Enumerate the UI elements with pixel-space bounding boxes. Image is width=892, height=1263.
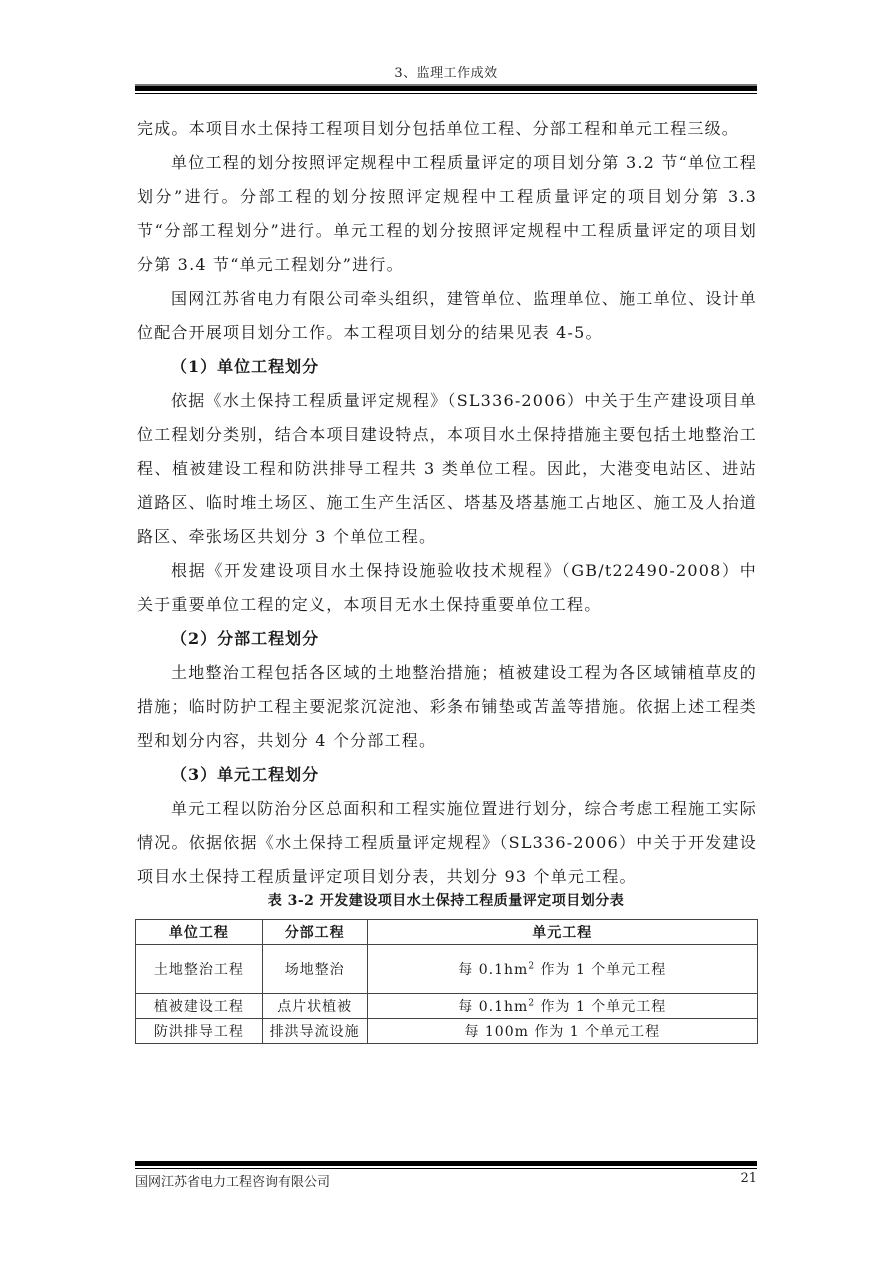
project-division-table: 单位工程 分部工程 单元工程 土地整治工程 场地整治 每 0.1hm2 作为 1… <box>135 919 758 1044</box>
footer-rule-thin <box>135 1168 757 1169</box>
element-text: 每 0.1hm <box>458 962 528 978</box>
cell-element: 每 100m 作为 1 个单元工程 <box>367 1019 757 1044</box>
running-title: 3、监理工作成效 <box>135 62 757 81</box>
table-row: 土地整治工程 场地整治 每 0.1hm2 作为 1 个单元工程 <box>136 945 758 994</box>
body-text: 完成。本项目水土保持工程项目划分包括单位工程、分部工程和单元工程三级。 单位工程… <box>137 112 757 894</box>
table-row: 防洪排导工程 排洪导流设施 每 100m 作为 1 个单元工程 <box>136 1019 758 1044</box>
header-rule-thin-bottom <box>135 93 757 94</box>
section-heading: （2）分部工程划分 <box>137 622 757 656</box>
footer-rule-thick <box>135 1161 757 1166</box>
footer-company: 国网江苏省电力工程咨询有限公司 <box>135 1171 330 1190</box>
cell-element: 每 0.1hm2 作为 1 个单元工程 <box>367 994 757 1019</box>
column-header-element: 单元工程 <box>367 920 757 945</box>
cell-unit: 植被建设工程 <box>136 994 263 1019</box>
section-heading: （3）单元工程划分 <box>137 758 757 792</box>
cell-division: 点片状植被 <box>262 994 367 1019</box>
section-heading: （1）单位工程划分 <box>137 350 757 384</box>
cell-element: 每 0.1hm2 作为 1 个单元工程 <box>367 945 757 994</box>
page-number: 21 <box>740 1171 757 1186</box>
element-text: 作为 1 个单元工程 <box>535 962 666 978</box>
element-text: 作为 1 个单元工程 <box>535 999 666 1015</box>
cell-division: 场地整治 <box>262 945 367 994</box>
header-rule-thick <box>135 86 757 91</box>
paragraph: 根据《开发建设项目水土保持设施验收技术规程》（GB/t22490-2008）中关… <box>137 554 757 622</box>
paragraph: 单位工程的划分按照评定规程中工程质量评定的项目划分第 3.2 节“单位工程划分”… <box>137 146 757 282</box>
paragraph: 单元工程以防治分区总面积和工程实施位置进行划分，综合考虑工程施工实际情况。依据依… <box>137 792 757 894</box>
element-text: 每 100m 作为 1 个单元工程 <box>464 1024 660 1040</box>
cell-division: 排洪导流设施 <box>262 1019 367 1044</box>
table-caption: 表 3-2 开发建设项目水土保持工程质量评定项目划分表 <box>135 890 757 910</box>
cell-unit: 土地整治工程 <box>136 945 263 994</box>
paragraph: 国网江苏省电力有限公司牵头组织，建管单位、监理单位、施工单位、设计单位配合开展项… <box>137 282 757 350</box>
element-text: 每 0.1hm <box>458 999 528 1015</box>
paragraph: 土地整治工程包括各区域的土地整治措施；植被建设工程为各区域铺植草皮的措施；临时防… <box>137 656 757 758</box>
paragraph: 完成。本项目水土保持工程项目划分包括单位工程、分部工程和单元工程三级。 <box>137 112 757 146</box>
table-row: 植被建设工程 点片状植被 每 0.1hm2 作为 1 个单元工程 <box>136 994 758 1019</box>
column-header-division: 分部工程 <box>262 920 367 945</box>
column-header-unit: 单位工程 <box>136 920 263 945</box>
table-header-row: 单位工程 分部工程 单元工程 <box>136 920 758 945</box>
cell-unit: 防洪排导工程 <box>136 1019 263 1044</box>
paragraph: 依据《水土保持工程质量评定规程》（SL336-2006）中关于生产建设项目单位工… <box>137 384 757 554</box>
